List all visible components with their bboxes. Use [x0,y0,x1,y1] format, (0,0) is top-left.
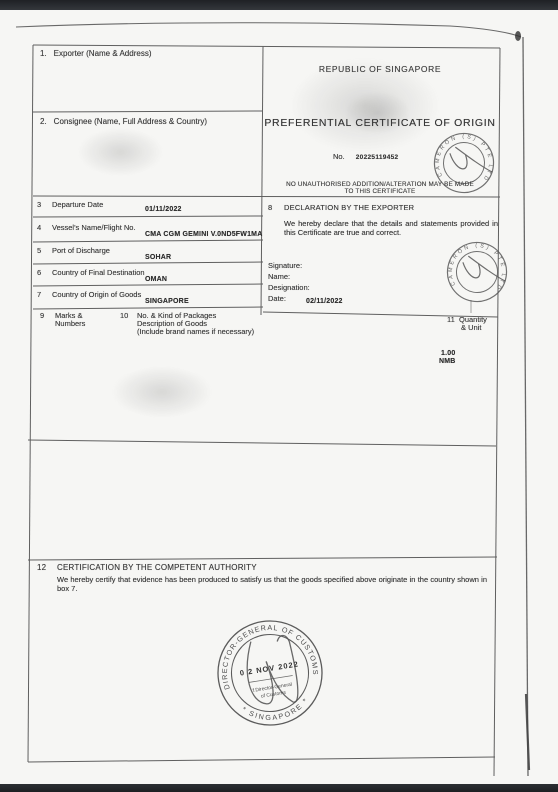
form-border-top [33,45,500,48]
port-of-discharge-label: Port of Discharge [52,246,110,255]
certification-body: We hereby certify that evidence has been… [57,576,487,593]
column-divider [261,46,263,315]
certificate-number-value: 20225119452 [356,154,399,161]
form-border-right [494,48,500,776]
no-alteration-warning-line2: TO THIS CERTIFICATE [268,188,492,195]
consignee-box-label: 2.Consignee (Name, Full Address & Countr… [40,117,207,126]
divider-row5 [33,262,263,264]
scan-artifact-right-dark [526,694,529,770]
divider-certification-top [28,557,497,560]
marks-label-line2: Numbers [55,319,85,328]
divider-middle [28,440,496,446]
divider-box1-box2 [33,111,263,112]
svg-text:CAMERON (S) PTE LTD: CAMERON (S) PTE LTD [437,231,518,312]
country-of-origin-value: SINGAPORE [145,298,189,305]
signature-label: Signature: [268,261,302,270]
vessel-number: 4 [37,223,41,232]
packages-number: 10 [120,311,128,320]
customs-stamp: DIRECTOR-GENERAL OF CUSTOMS * SINGAPORE … [211,614,330,733]
exporter-box-number: 1. [40,49,47,58]
final-destination-value: OMAN [145,276,167,283]
date-label: Date: [268,294,286,303]
certificate-number-label: No. [333,152,345,161]
certificate-title: PREFERENTIAL CERTIFICATE OF ORIGIN [263,117,497,129]
quantity-value: 1.00 [441,350,455,357]
republic-of-singapore-heading: REPUBLIC OF SINGAPORE [263,64,497,74]
declaration-heading: DECLARATION BY THE EXPORTER [284,203,414,212]
country-of-origin-number: 7 [37,290,41,299]
scanned-certificate-page: CAMERON (S) PTE LTD CAMERON (S) PTE LTD [0,0,558,792]
scan-artifact-right-line [523,37,528,776]
declaration-date-value: 02/11/2022 [306,298,343,305]
final-destination-number: 6 [37,268,41,277]
exporter-box-label: 1.Exporter (Name & Address) [40,49,151,58]
divider-row3 [33,216,263,217]
divider-row6 [33,284,263,286]
form-border-left [28,45,33,762]
quantity-label-line2: & Unit [461,323,481,332]
form-border-bottom [28,757,495,762]
designation-label: Designation: [268,283,310,292]
final-destination-label: Country of Final Destination [52,268,145,277]
certification-heading: CERTIFICATION BY THE COMPETENT AUTHORITY [57,563,257,572]
no-alteration-warning-line1: NO UNAUTHORISED ADDITION/ALTERATION MAY … [268,181,492,188]
departure-date-number: 3 [37,200,41,209]
scan-fold-line [16,23,521,37]
departure-date-value: 01/11/2022 [145,206,182,213]
marks-number: 9 [40,311,44,320]
vessel-value: CMA CGM GEMINI V.0ND5FW1MA [145,231,262,238]
quantity-unit-value: NMB [439,358,456,365]
vessel-label: Vessel's Name/Flight No. [52,223,136,232]
name-label: Name: [268,272,290,281]
port-of-discharge-value: SOHAR [145,254,171,261]
divider-row7 [33,307,263,309]
certification-number: 12 [37,563,46,572]
cameron-stamp-ring-text: CAMERON (S) PTE LTD [437,231,518,312]
port-of-discharge-number: 5 [37,246,41,255]
consignee-box-number: 2. [40,117,47,126]
departure-date-label: Departure Date [52,200,103,209]
declaration-number: 8 [268,203,272,212]
declaration-body: We hereby declare that the details and s… [284,220,498,237]
scan-artifact-blob [515,31,521,41]
divider-row4 [33,240,263,242]
divider-box2-rows [33,196,500,197]
certificate-number-row: No. 20225119452 [333,152,398,161]
quantity-number: 11 [447,315,455,324]
country-of-origin-label: Country of Origin of Goods [52,290,141,299]
packages-label-line3: (Include brand names if necessary) [137,327,254,336]
cameron-stamp-lower: CAMERON (S) PTE LTD [436,231,518,313]
